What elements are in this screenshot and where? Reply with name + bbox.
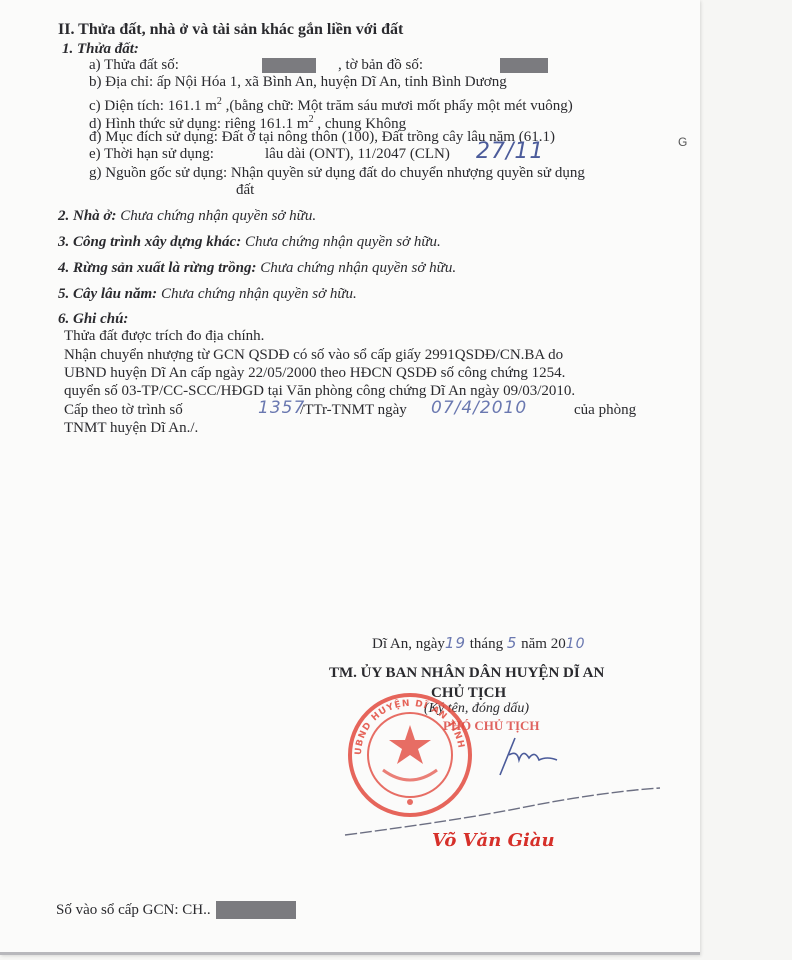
notes-line-1: Thửa đất được trích đo địa chính. xyxy=(64,328,264,345)
margin-mark: G xyxy=(678,134,687,151)
land-usage-term-value: lâu dài (ONT), 11/2047 (CLN) xyxy=(265,146,450,163)
certificate-page: II. Thửa đất, nhà ở và tài sản khác gắn … xyxy=(0,0,700,955)
land-parcel-number: a) Thửa đất số: xyxy=(89,57,179,74)
redacted-parcel-number xyxy=(262,58,316,73)
land-heading: 1. Thửa đất: xyxy=(62,41,139,58)
handwritten-submission-date: 07/4/2010 xyxy=(431,400,527,417)
land-address: b) Địa chỉ: ấp Nội Hóa 1, xã Bình An, hu… xyxy=(89,74,507,91)
land-origin: g) Nguồn gốc sử dụng: Nhận quyền sử dụng… xyxy=(89,165,585,182)
notes-line-5-label: Cấp theo tờ trình số xyxy=(64,402,183,419)
land-usage-term: e) Thời hạn sử dụng: xyxy=(89,146,214,163)
redacted-gcn-number xyxy=(216,901,296,919)
section-title: II. Thửa đất, nhà ở và tài sản khác gắn … xyxy=(58,21,403,38)
redacted-map-sheet-number xyxy=(500,58,548,73)
signer-name: Võ Văn Giàu xyxy=(432,830,555,851)
place-date: Dĩ An, ngày19 tháng 5 năm 2010 xyxy=(372,635,586,653)
notes-line-5-mid: /TTr-TNMT ngày xyxy=(300,402,407,419)
item-perennial-trees: 5. Cây lâu năm: Chưa chứng nhận quyền sở… xyxy=(58,286,357,303)
gcn-registry-label: Số vào sổ cấp GCN: CH.. xyxy=(56,902,211,919)
handwritten-submission-number: 1357 xyxy=(258,400,305,417)
handwritten-term-date: 27/11 xyxy=(476,143,544,160)
item-other-construction: 3. Công trình xây dựng khác: Chưa chứng … xyxy=(58,234,441,251)
map-sheet-label: , tờ bản đồ số: xyxy=(338,57,423,74)
page-edge xyxy=(0,952,700,955)
notes-line-3: UBND huyện Dĩ An cấp ngày 22/05/2000 the… xyxy=(64,365,565,382)
notes-line-5-end: của phòng xyxy=(574,402,636,419)
organization-name: TM. ỦY BAN NHÂN DÂN HUYỆN DĨ AN xyxy=(329,665,604,682)
parcel-number-label: a) Thửa đất số: xyxy=(89,57,179,73)
handwritten-signature-icon xyxy=(495,730,565,780)
notes-line-2: Nhận chuyển nhượng từ GCN QSDĐ có số vào… xyxy=(64,347,563,364)
item-house: 2. Nhà ở: Chưa chứng nhận quyền sở hữu. xyxy=(58,208,316,225)
notes-line-6: TNMT huyện Dĩ An./. xyxy=(64,420,198,437)
item-production-forest: 4. Rừng sản xuất là rừng trồng: Chưa chứ… xyxy=(58,260,456,277)
notes-heading: 6. Ghi chú: xyxy=(58,311,128,328)
land-origin-cont: đất xyxy=(236,182,254,199)
